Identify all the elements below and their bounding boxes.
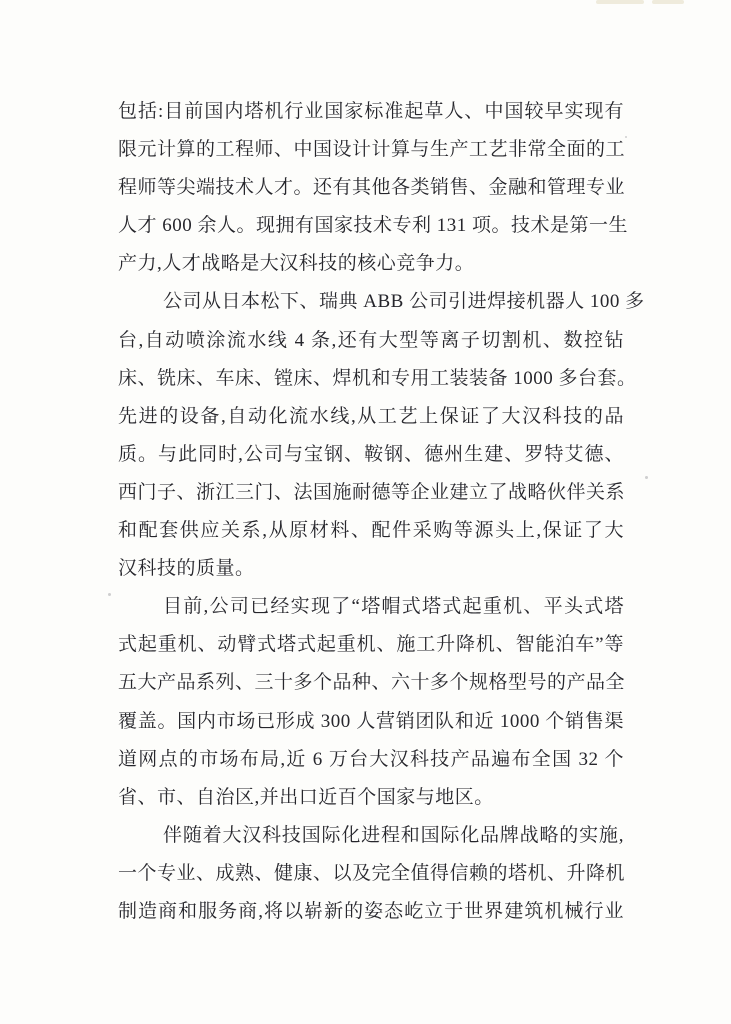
- text-line: 道网点的市场布局,近 6 万台大汉科技产品遍布全国 32 个: [118, 741, 624, 779]
- text-line: 产力,人才战略是大汉科技的核心竞争力。: [118, 245, 624, 283]
- text-line: 西门子、浙江三门、法国施耐德等企业建立了战略伙伴关系: [118, 474, 624, 512]
- scan-artifact: [645, 476, 648, 479]
- text-line: 伴随着大汉科技国际化进程和国际化品牌战略的实施,: [118, 817, 624, 855]
- document-page: 包括:目前国内塔机行业国家标准起草人、中国较早实现有限元计算的工程师、中国设计计…: [0, 0, 731, 1024]
- text-line: 五大产品系列、三十多个品种、六十多个规格型号的产品全: [118, 664, 624, 702]
- text-line: 汉科技的质量。: [118, 550, 624, 588]
- text-line: 目前,公司已经实现了“塔帽式塔式起重机、平头式塔: [118, 588, 624, 626]
- text-line: 程师等尖端技术人才。还有其他各类销售、金融和管理专业: [118, 169, 624, 207]
- text-line: 人才 600 余人。现拥有国家技术专利 131 项。技术是第一生: [118, 207, 624, 245]
- scan-artifact: [652, 0, 684, 4]
- text-line: 省、市、自治区,并出口近百个国家与地区。: [118, 779, 624, 817]
- paragraph: 伴随着大汉科技国际化进程和国际化品牌战略的实施,一个专业、成熟、健康、以及完全值…: [118, 817, 624, 931]
- text-line: 限元计算的工程师、中国设计计算与生产工艺非常全面的工: [118, 131, 624, 169]
- text-line: 制造商和服务商,将以崭新的姿态屹立于世界建筑机械行业: [118, 893, 624, 931]
- text-line: 质。与此同时,公司与宝钢、鞍钢、德州生建、罗特艾德、: [118, 436, 624, 474]
- text-line: 一个专业、成熟、健康、以及完全值得信赖的塔机、升降机: [118, 855, 624, 893]
- document-text: 包括:目前国内塔机行业国家标准起草人、中国较早实现有限元计算的工程师、中国设计计…: [118, 93, 624, 931]
- scan-artifact: [596, 0, 644, 4]
- scan-artifact: [625, 136, 627, 138]
- paragraph: 公司从日本松下、瑞典 ABB 公司引进焊接机器人 100 多台,自动喷涂流水线 …: [118, 283, 624, 588]
- text-line: 式起重机、动臂式塔式起重机、施工升降机、智能泊车”等: [118, 626, 624, 664]
- text-line: 床、铣床、车床、镗床、焊机和专用工装装备 1000 多台套。: [118, 360, 624, 398]
- text-line: 先进的设备,自动化流水线,从工艺上保证了大汉科技的品: [118, 398, 624, 436]
- paragraph: 包括:目前国内塔机行业国家标准起草人、中国较早实现有限元计算的工程师、中国设计计…: [118, 93, 624, 283]
- scan-artifact: [108, 593, 111, 596]
- text-line: 公司从日本松下、瑞典 ABB 公司引进焊接机器人 100 多: [118, 283, 624, 321]
- text-line: 和配套供应关系,从原材料、配件采购等源头上,保证了大: [118, 512, 624, 550]
- paragraph: 目前,公司已经实现了“塔帽式塔式起重机、平头式塔式起重机、动臂式塔式起重机、施工…: [118, 588, 624, 817]
- text-line: 覆盖。国内市场已形成 300 人营销团队和近 1000 个销售渠: [118, 703, 624, 741]
- text-line: 包括:目前国内塔机行业国家标准起草人、中国较早实现有: [118, 93, 624, 131]
- text-line: 台,自动喷涂流水线 4 条,还有大型等离子切割机、数控钻: [118, 322, 624, 360]
